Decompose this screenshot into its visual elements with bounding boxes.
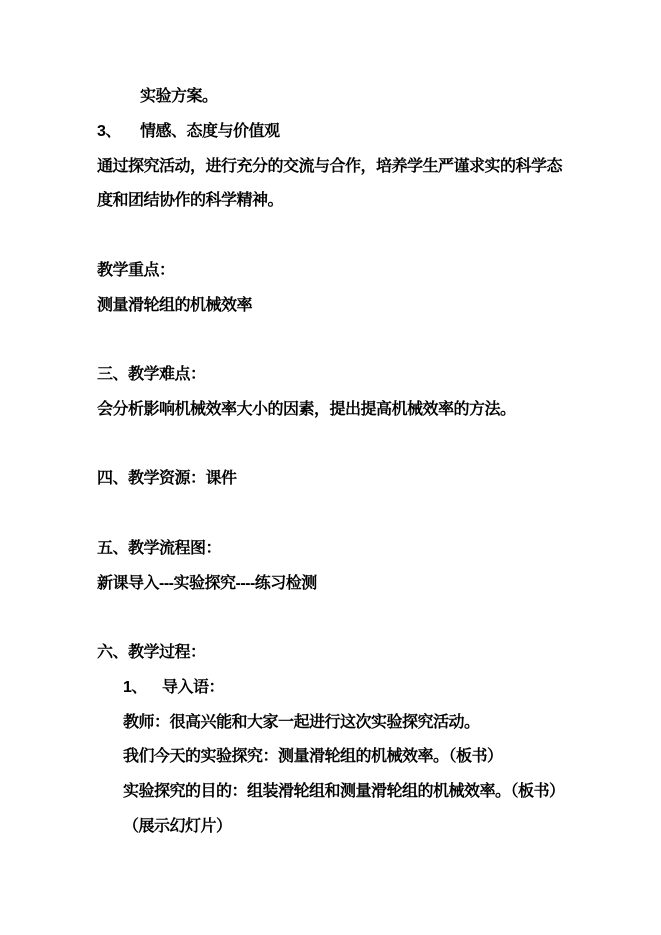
blank-line [97,219,587,254]
line-text: 通过探究活动，进行充分的交流与合作，培养学生严谨求实的科学态 [97,158,562,175]
text-line: 六、教学过程： [97,636,587,671]
line-text: 实验探究的目的：组装滑轮组和测量滑轮组的机械效率。（板书） [123,783,565,800]
blank-line [97,497,587,532]
numbered-line: 1、导入语： [97,671,587,706]
list-number: 1、 [123,671,162,706]
list-number: 3、 [97,115,140,150]
text-line: 实验方案。 [97,80,587,115]
line-text: 情感、态度与价值观 [140,123,280,140]
blank-line [97,601,587,636]
blank-line [97,323,587,358]
line-text: 六、教学过程： [97,644,206,661]
text-line: 度和团结协作的科学精神。 [97,184,587,219]
line-text: 测量滑轮组的机械效率 [97,297,252,314]
text-line: 测量滑轮组的机械效率 [97,289,587,324]
text-line: 通过探究活动，进行充分的交流与合作，培养学生严谨求实的科学态 [97,150,587,185]
document-content: 实验方案。 3、情感、态度与价值观 通过探究活动，进行充分的交流与合作，培养学生… [97,80,587,845]
line-text: 导入语： [162,679,224,696]
numbered-line: 3、情感、态度与价值观 [97,115,587,150]
text-line: 我们今天的实验探究：测量滑轮组的机械效率。（板书） [97,740,587,775]
text-line: 五、教学流程图： [97,532,587,567]
line-text: 会分析影响机械效率大小的因素，提出提高机械效率的方法。 [97,401,516,418]
blank-line [97,428,587,463]
line-text: 三、教学难点： [97,366,206,383]
text-line: 新课导入---实验探究----练习检测 [97,567,587,602]
text-line: 教学重点： [97,254,587,289]
line-text: 我们今天的实验探究：测量滑轮组的机械效率。（板书） [123,748,503,765]
line-text: 实验方案。 [140,88,218,105]
line-text: 五、教学流程图： [97,540,221,557]
line-text: 教师：很高兴能和大家一起进行这次实验探究活动。 [123,714,480,731]
line-text: 教学重点： [97,262,175,279]
line-text: 新课导入---实验探究----练习检测 [97,575,317,592]
line-text: 度和团结协作的科学精神。 [97,192,283,209]
text-line: 三、教学难点： [97,358,587,393]
line-text: 四、教学资源：课件 [97,470,237,487]
line-text: （展示幻灯片） [123,818,232,835]
text-line: 会分析影响机械效率大小的因素，提出提高机械效率的方法。 [97,393,587,428]
text-line: （展示幻灯片） [97,810,587,845]
text-line: 实验探究的目的：组装滑轮组和测量滑轮组的机械效率。（板书） [97,775,587,810]
text-line: 教师：很高兴能和大家一起进行这次实验探究活动。 [97,706,587,741]
text-line: 四、教学资源：课件 [97,462,587,497]
document-page: 实验方案。 3、情感、态度与价值观 通过探究活动，进行充分的交流与合作，培养学生… [0,0,661,935]
